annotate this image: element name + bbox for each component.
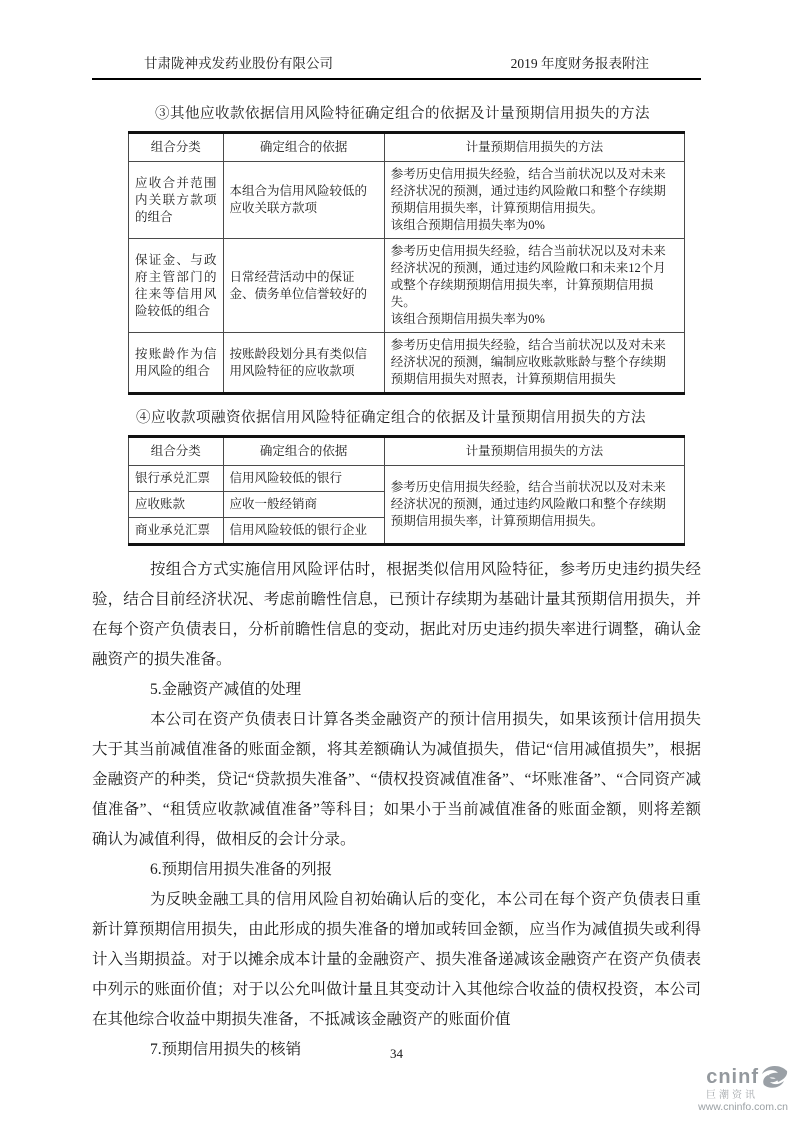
- col-header-method: 计量预期信用损失的方法: [384, 437, 684, 466]
- heading-impairment-treatment: 5.金融资产减值的处理: [92, 675, 701, 705]
- col-header-basis: 确定组合的依据: [223, 437, 384, 466]
- cell-category: 商业承兑汇票: [129, 518, 224, 545]
- cell-method: 参考历史信用损失经验，结合当前状况以及对未来经济状况的预测，通过违约风险敞口和未…: [384, 239, 684, 333]
- paragraph-credit-risk-assessment: 按组合方式实施信用风险评估时，根据类似信用风险特征，参考历史违约损失经验，结合目…: [92, 555, 701, 675]
- cell-basis: 按账龄段划分具有类似信用风险特征的应收款项: [223, 333, 384, 394]
- table-row: 按账龄作为信用风险的组合 按账龄段划分具有类似信用风险特征的应收款项 参考历史信…: [129, 333, 685, 394]
- table-row: 银行承兑汇票 信用风险较低的银行 参考历史信用损失经验，结合当前状况以及对未来经…: [129, 466, 685, 492]
- document-page: 甘肃陇神戎发药业股份有限公司 2019 年度财务报表附注 ③其他应收款依据信用风…: [0, 0, 793, 1122]
- cninfo-logo-url: www.cninfo.com.cn: [698, 1102, 788, 1114]
- header-company-name: 甘肃陇神戎发药业股份有限公司: [144, 52, 333, 72]
- table-header-row: 组合分类 确定组合的依据 计量预期信用损失的方法: [129, 437, 685, 466]
- section4-table: 组合分类 确定组合的依据 计量预期信用损失的方法 银行承兑汇票 信用风险较低的银…: [128, 435, 685, 546]
- cell-basis: 本组合为信用风险较低的应收关联方款项: [223, 162, 384, 239]
- cell-method-merged: 参考历史信用损失经验，结合当前状况以及对未来经济状况的预测，通过违约风险敞口和整…: [384, 466, 684, 545]
- cell-category: 应收账款: [129, 492, 224, 518]
- cell-category: 按账龄作为信用风险的组合: [129, 333, 224, 394]
- table-header-row: 组合分类 确定组合的依据 计量预期信用损失的方法: [129, 133, 685, 162]
- col-header-method: 计量预期信用损失的方法: [384, 133, 684, 162]
- header-report-title: 2019 年度财务报表附注: [511, 52, 649, 72]
- page-content: ③其他应收款依据信用风险特征确定组合的依据及计量预期信用损失的方法 组合分类 确…: [0, 102, 793, 1065]
- section4-title: ④应收款项融资依据信用风险特征确定组合的依据及计量预期信用损失的方法: [136, 406, 701, 427]
- cell-category: 保证金、与政府主管部门的往来等信用风险较低的组合: [129, 239, 224, 333]
- cell-basis: 信用风险较低的银行企业: [223, 518, 384, 545]
- cninfo-logo-chinese: 巨潮资讯: [698, 1090, 758, 1101]
- page-number: 34: [0, 1046, 793, 1062]
- section3-title: ③其他应收款依据信用风险特征确定组合的依据及计量预期信用损失的方法: [155, 102, 701, 123]
- page-header: 甘肃陇神戎发药业股份有限公司 2019 年度财务报表附注: [92, 0, 701, 80]
- cell-basis: 日常经营活动中的保证金、债务单位信誉较好的: [223, 239, 384, 333]
- cninfo-logo: cninf 巨潮资讯 www.cninfo.com.cn: [698, 1065, 788, 1114]
- cninfo-logo-top: cninf: [698, 1065, 788, 1089]
- paragraph-impairment-treatment: 本公司在资产负债表日计算各类金融资产的预计信用损失，如果该预计信用损失大于其当前…: [92, 705, 701, 855]
- paragraph-ecl-presentation: 为反映金融工具的信用风险自初始确认后的变化，本公司在每个资产负债表日重新计算预期…: [92, 885, 701, 1035]
- table-row: 应收合并范围内关联方款项的组合 本组合为信用风险较低的应收关联方款项 参考历史信…: [129, 162, 685, 239]
- cell-method: 参考历史信用损失经验，结合当前状况以及对未来经济状况的预测，编制应收账款账龄与整…: [384, 333, 684, 394]
- col-header-category: 组合分类: [129, 437, 224, 466]
- cell-method: 参考历史信用损失经验，结合当前状况以及对未来经济状况的预测，通过违约风险敞口和整…: [384, 162, 684, 239]
- col-header-category: 组合分类: [129, 133, 224, 162]
- section3-table: 组合分类 确定组合的依据 计量预期信用损失的方法 应收合并范围内关联方款项的组合…: [128, 131, 685, 395]
- cninfo-logo-word: cninf: [706, 1066, 759, 1088]
- col-header-basis: 确定组合的依据: [223, 133, 384, 162]
- table-row: 保证金、与政府主管部门的往来等信用风险较低的组合 日常经营活动中的保证金、债务单…: [129, 239, 685, 333]
- body-text: 按组合方式实施信用风险评估时，根据类似信用风险特征，参考历史违约损失经验，结合目…: [92, 555, 701, 1065]
- heading-ecl-presentation: 6.预期信用损失准备的列报: [92, 855, 701, 885]
- cell-category: 银行承兑汇票: [129, 466, 224, 492]
- cninfo-swirl-icon: [761, 1065, 788, 1089]
- cell-basis: 应收一般经销商: [223, 492, 384, 518]
- cell-category: 应收合并范围内关联方款项的组合: [129, 162, 224, 239]
- cell-basis: 信用风险较低的银行: [223, 466, 384, 492]
